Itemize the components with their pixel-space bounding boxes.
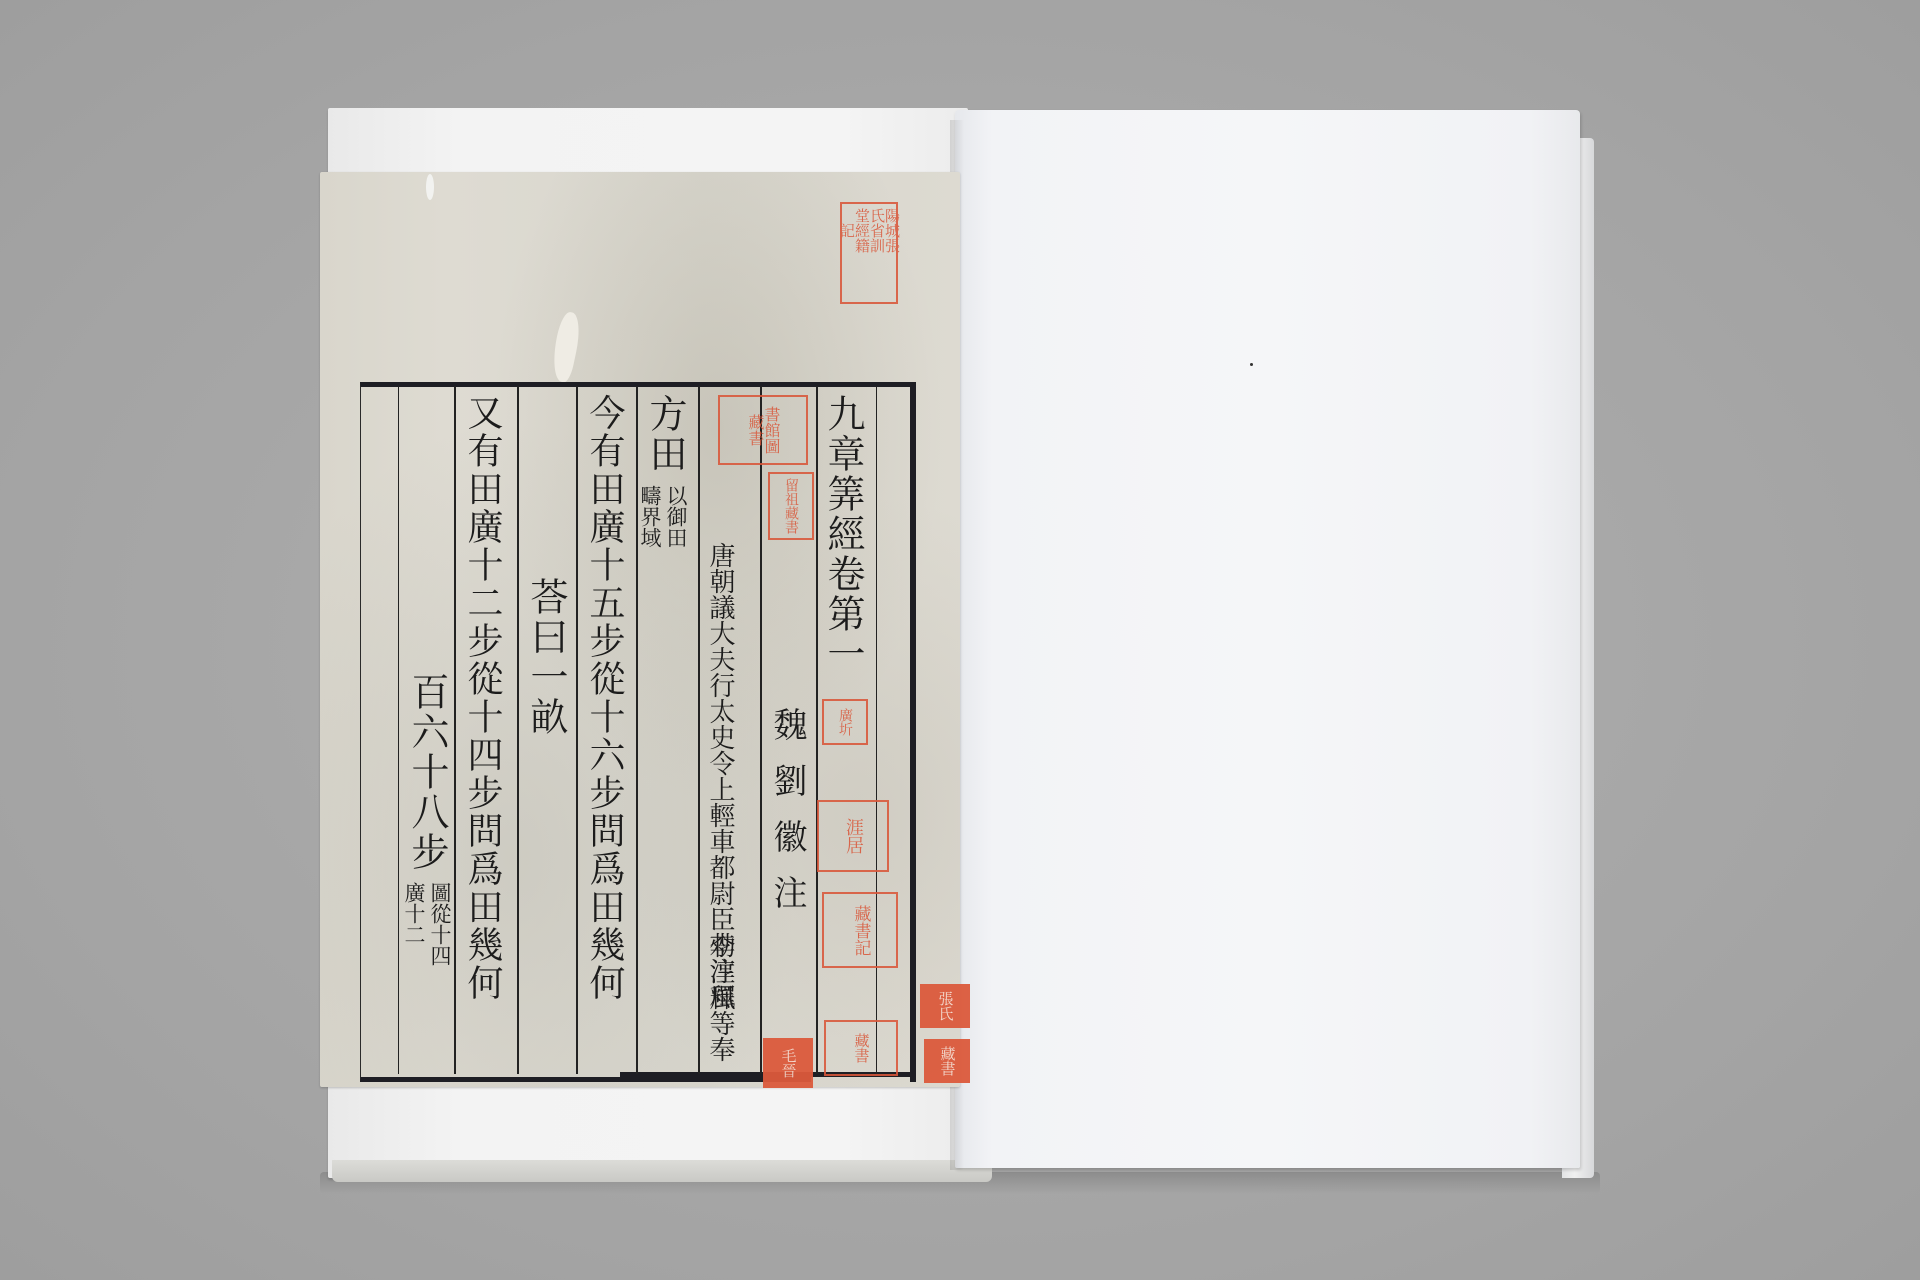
paper-damage: [548, 310, 584, 383]
seal-inscription: 藏書: [940, 1046, 955, 1076]
collector-seal: 陽城張氏省訓堂經籍記: [840, 202, 898, 304]
column-rule: [760, 386, 762, 1074]
section-note: 疇界域: [638, 485, 662, 548]
seal-inscription: 廣圻: [838, 708, 852, 736]
seal-inscription: 書館圖藏書: [747, 400, 779, 460]
printed-frame-top: [620, 382, 916, 387]
margin-seal: 張氏: [920, 984, 970, 1028]
attribution-line-tail: 勑注釋: [705, 932, 735, 1010]
column-rule: [576, 386, 578, 1074]
seal-inscription: 陽城張氏省訓堂經籍記: [839, 207, 899, 253]
left-page-stack-edge: [332, 1160, 992, 1182]
collector-seal: 涯居: [817, 800, 889, 872]
collector-seal: 藏書: [824, 1020, 898, 1076]
collector-seal: 廣圻: [822, 699, 868, 745]
seal-inscription: 張氏: [938, 991, 953, 1021]
margin-seal: 藏書: [924, 1039, 970, 1083]
collector-seal: 毛晉: [763, 1038, 813, 1088]
printed-leaf: 九章筭經卷第一 魏劉徽注 唐朝議大夫行太史令上輕車都尉臣李淳風等奉 勑注釋 方田…: [320, 172, 960, 1087]
seal-inscription: 藏書: [854, 1033, 869, 1063]
column-rule: [816, 386, 818, 1074]
problem-1-text: 今有田廣十五步從十六步問爲田幾何: [582, 394, 626, 1002]
problem-2-text: 又有田廣十二步從十四步問爲田幾何: [460, 394, 504, 1002]
collector-seal: 藏書記: [822, 892, 898, 968]
column-rule: [698, 386, 700, 1074]
library-seal: 書館圖藏書: [718, 395, 808, 465]
column-rule: [876, 386, 877, 1074]
paper-speck: [1250, 363, 1253, 366]
seal-inscription: 藏書記: [852, 905, 869, 956]
column-rule: [454, 386, 456, 1074]
answer-1-text: 荅曰一畝: [523, 577, 569, 737]
seal-inscription: 留祖藏書: [784, 478, 798, 534]
answer-2-note: 廣十二: [402, 882, 426, 945]
seal-inscription: 涯居: [844, 818, 862, 854]
section-heading: 方田: [642, 394, 688, 474]
seal-inscription: 毛晉: [781, 1048, 796, 1078]
commentator-line: 魏劉徽注: [764, 707, 810, 931]
printed-frame-right: [910, 382, 916, 1082]
open-book: 九章筭經卷第一 魏劉徽注 唐朝議大夫行太史令上輕車都尉臣李淳風等奉 勑注釋 方田…: [300, 100, 1600, 1190]
book-title: 九章筭經卷第一: [820, 394, 866, 674]
collector-seal: 留祖藏書: [768, 472, 814, 540]
paper-tear: [426, 174, 434, 200]
answer-2-note: 圖從十四: [428, 882, 452, 966]
column-rule: [517, 386, 519, 1074]
column-rule: [398, 386, 399, 1074]
right-blank-page: [955, 110, 1580, 1168]
answer-2-text: 百六十八步: [404, 672, 450, 872]
section-note: 以御田: [664, 485, 688, 548]
